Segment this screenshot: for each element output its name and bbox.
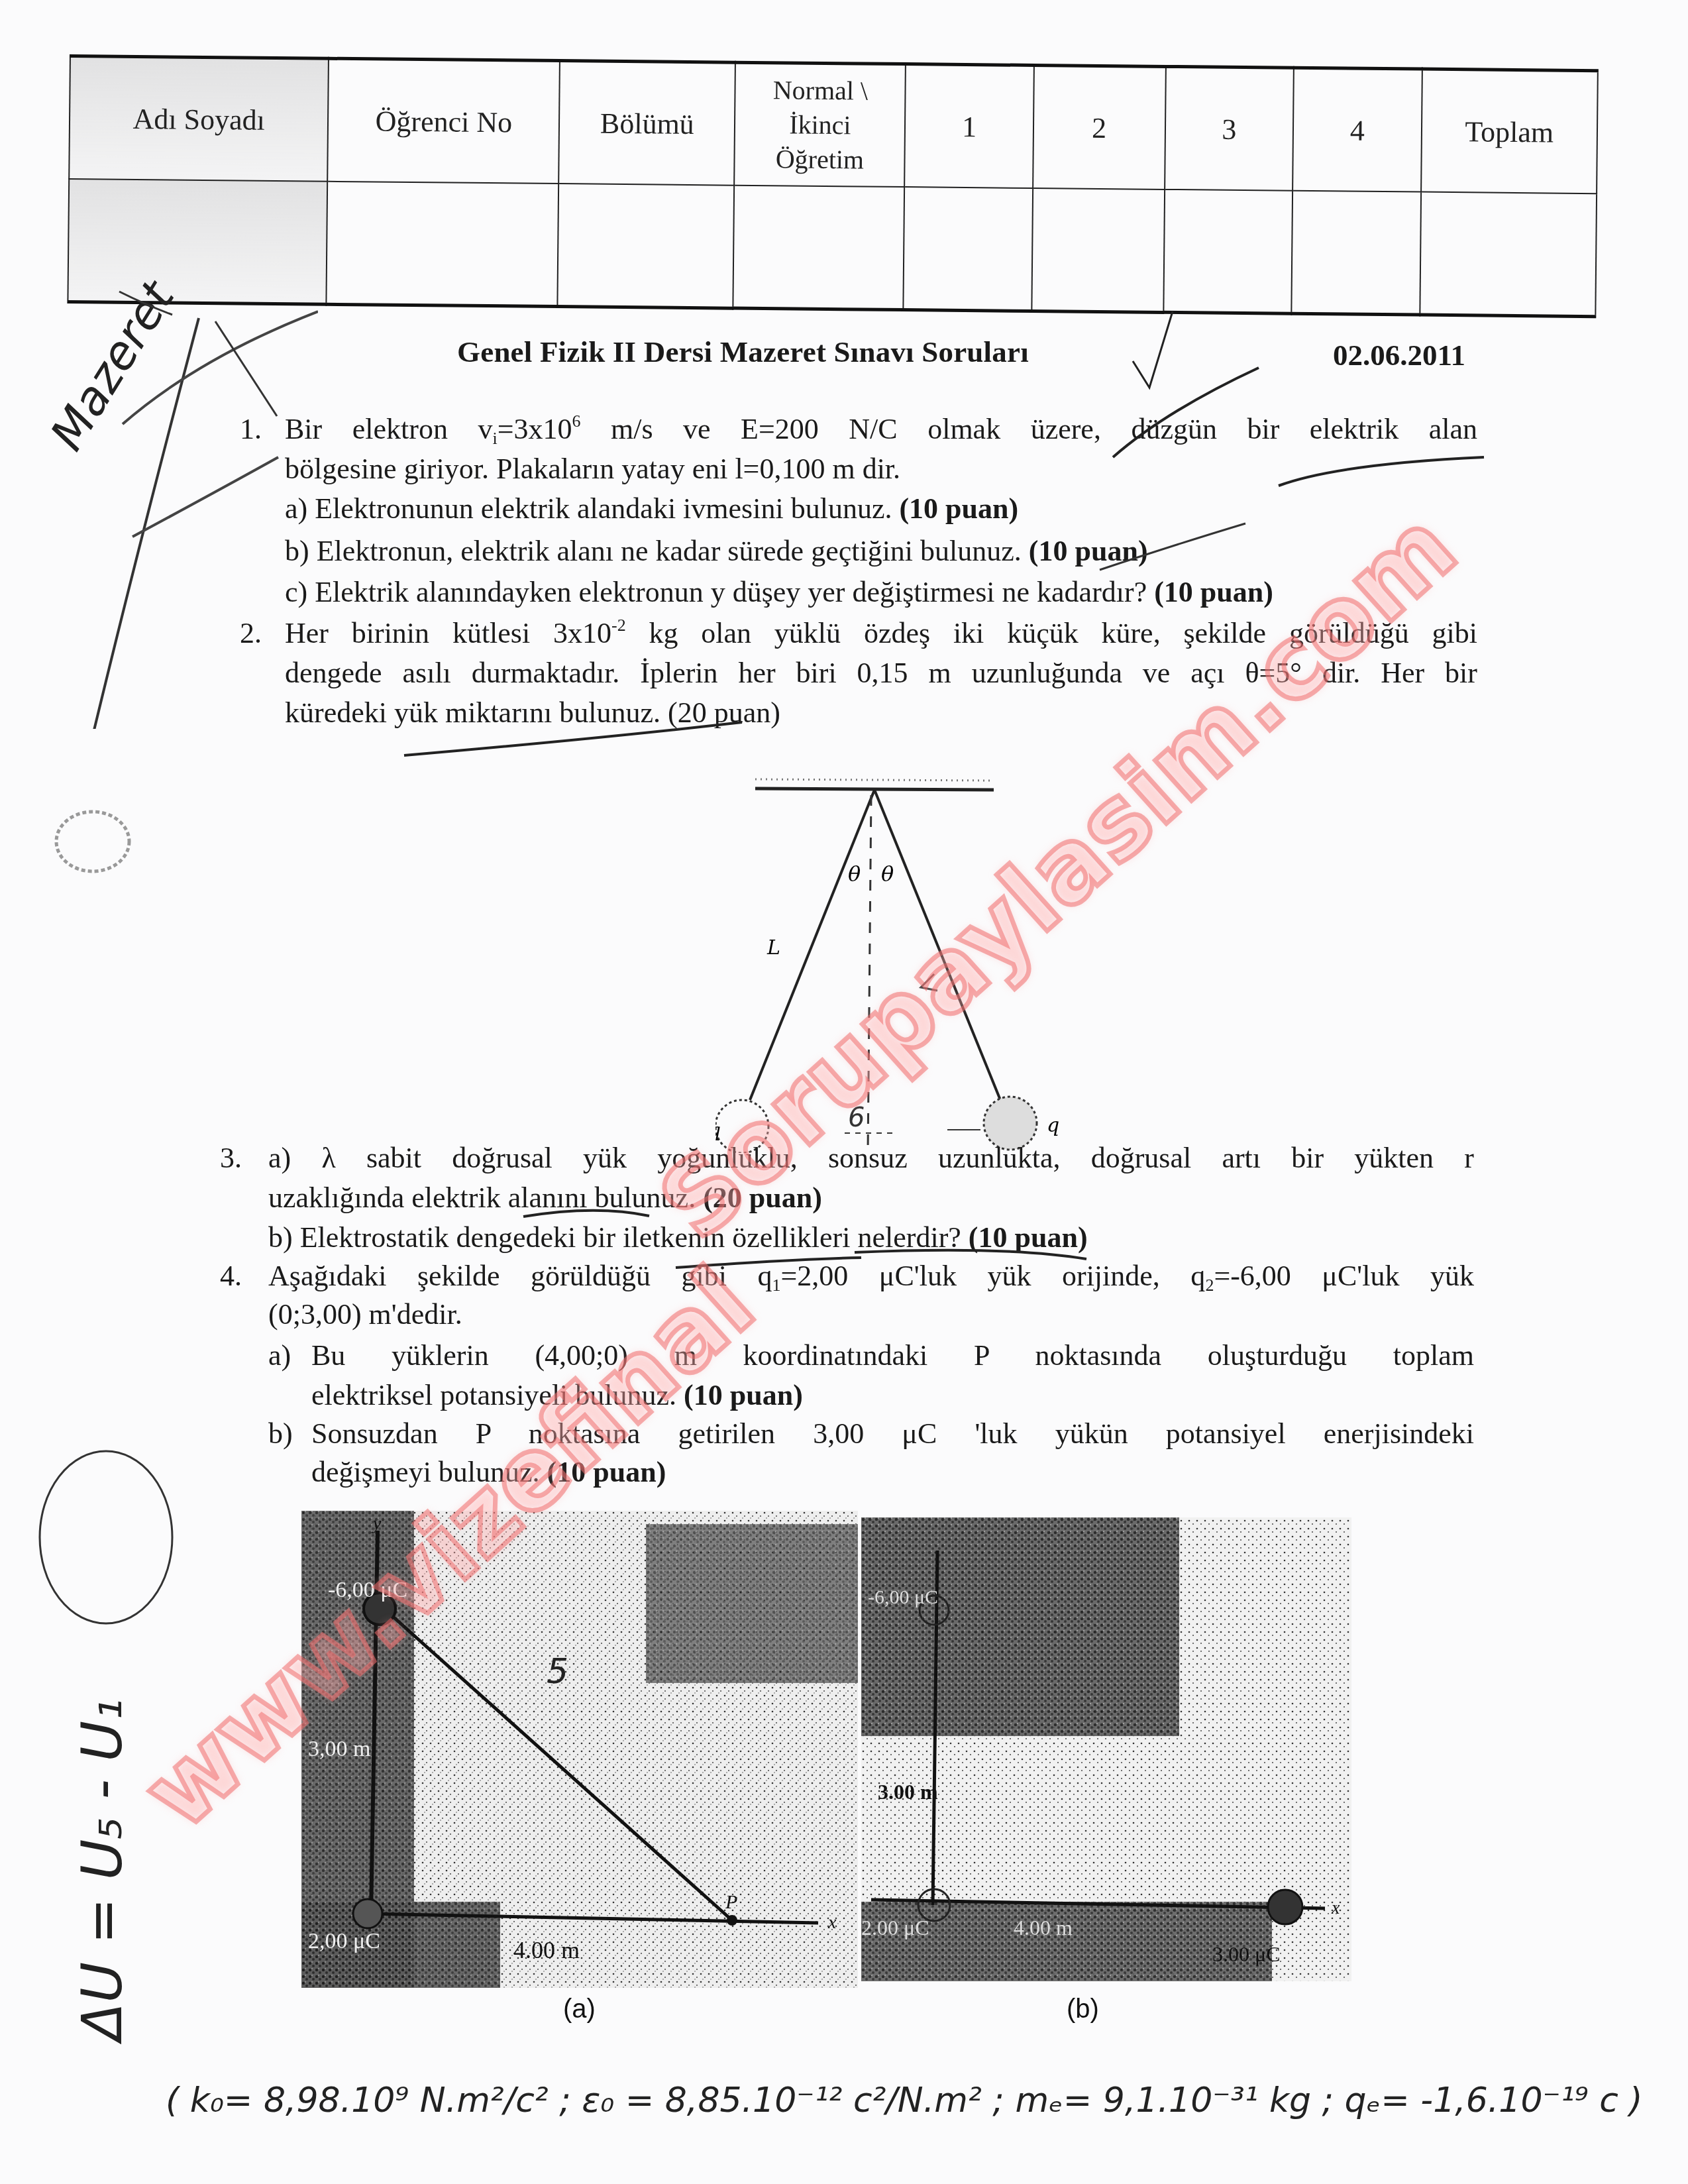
annotation-strokes — [0, 0, 1688, 2184]
